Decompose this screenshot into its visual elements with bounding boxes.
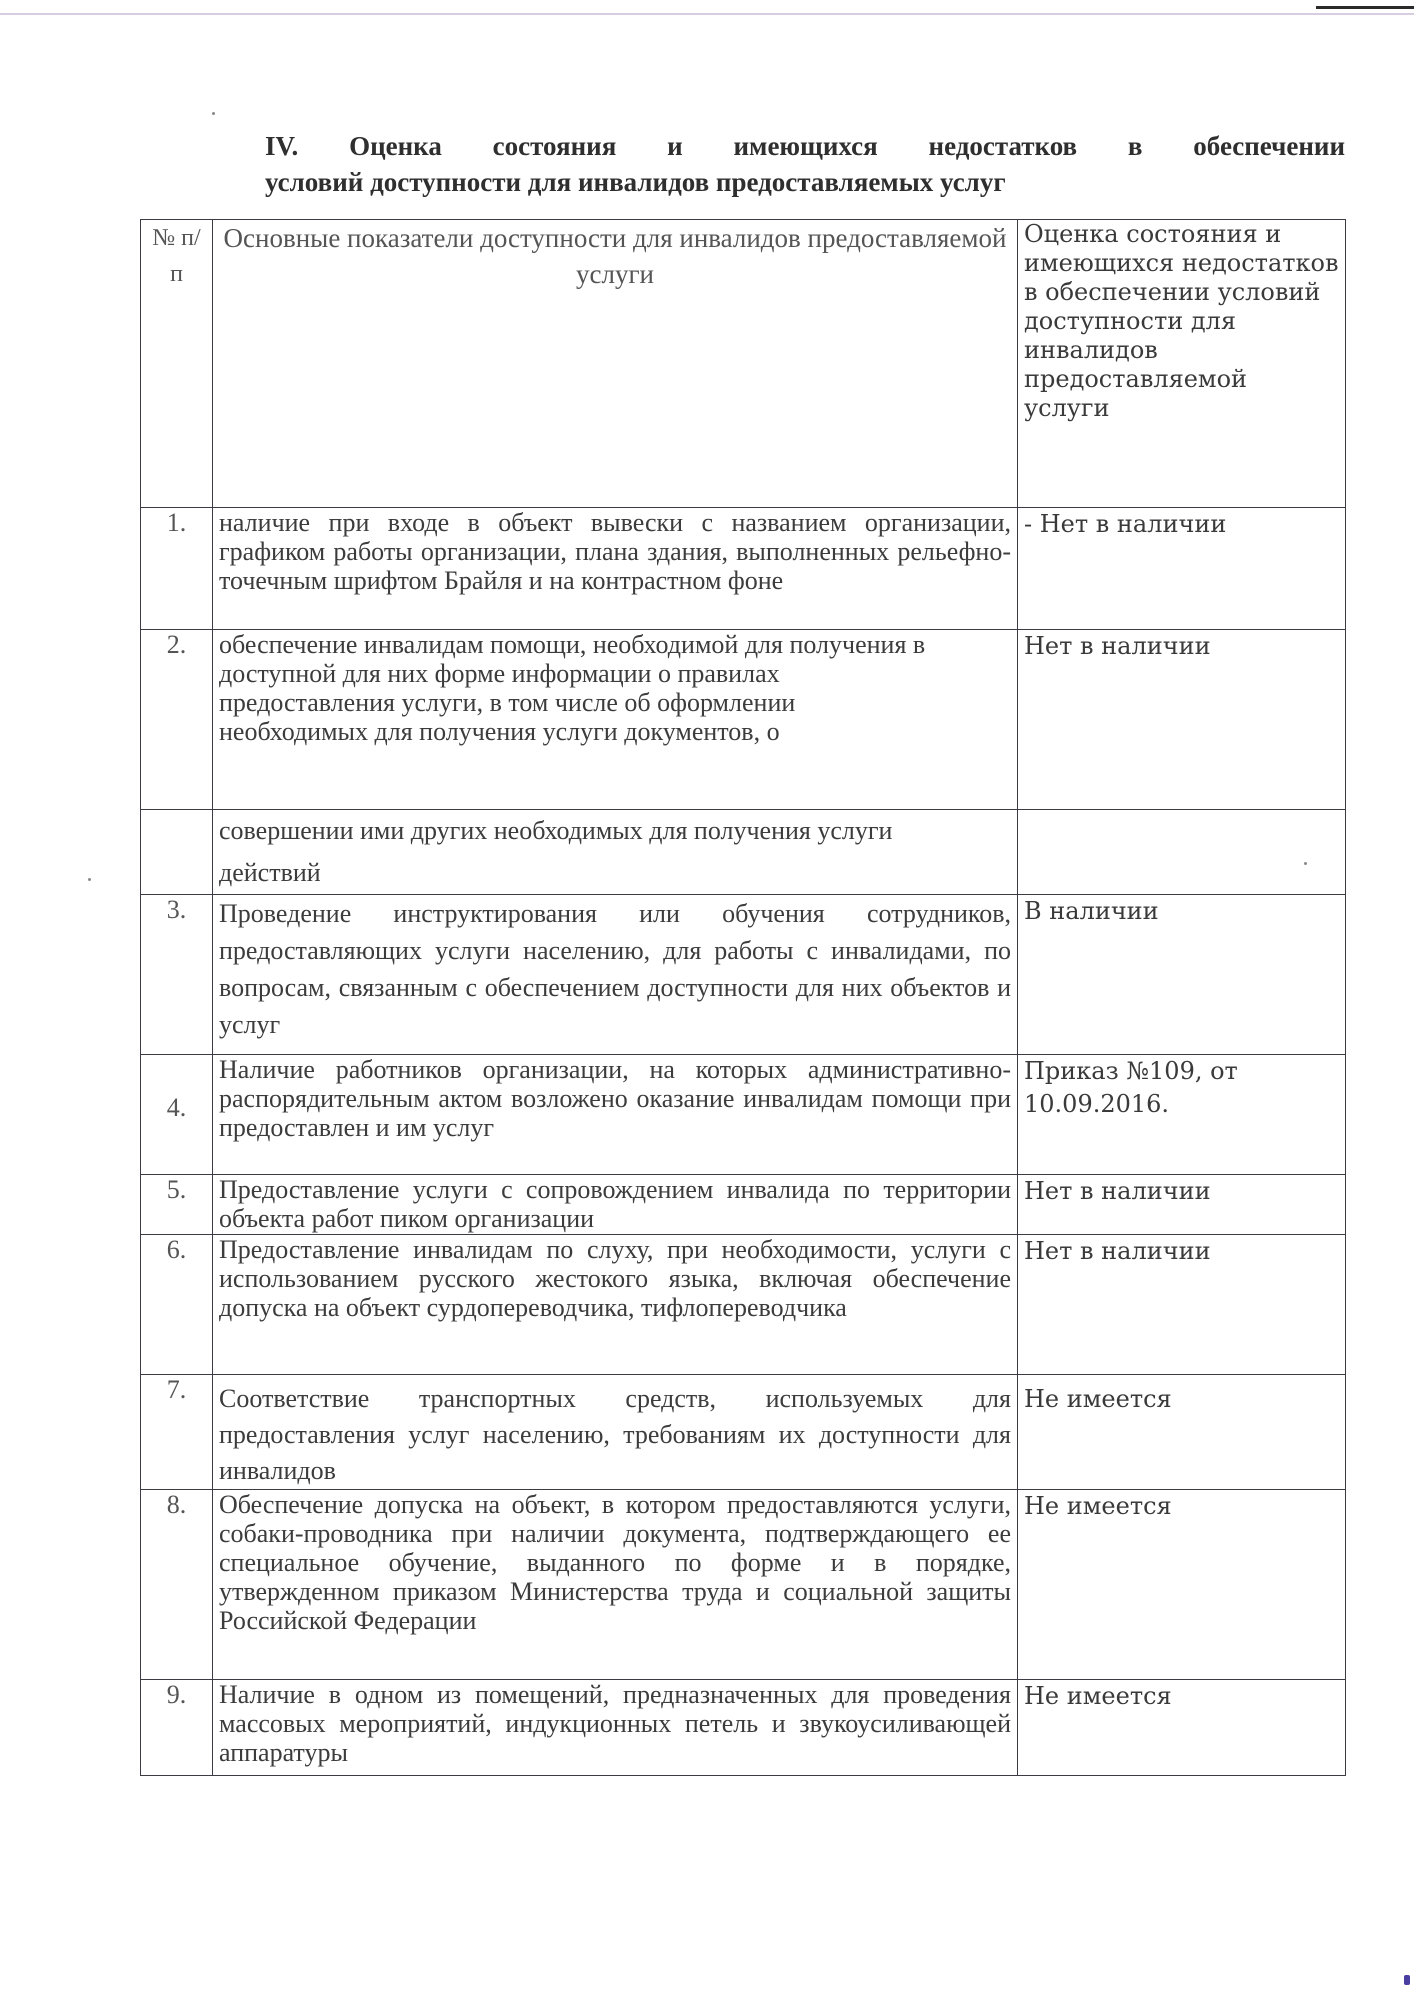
page-title: IV. Оценка состояния и имеющихся недоста…	[265, 128, 1345, 200]
row-assessment: В наличии	[1018, 895, 1346, 1055]
row-indicator: наличие при входе в объект вывески с наз…	[213, 508, 1018, 630]
row-assessment: Нет в наличии	[1018, 1175, 1346, 1235]
row-indicator: Предоставление инвалидам по слуху, при н…	[213, 1235, 1018, 1375]
row-number: 5.	[141, 1175, 213, 1235]
row-indicator: Наличие работников организации, на котор…	[213, 1055, 1018, 1175]
table-row: 3. Проведение инструктирования или обуче…	[141, 895, 1346, 1055]
row-assessment: Не имеется	[1018, 1490, 1346, 1680]
table-row: 8. Обеспечение допуска на объект, в кото…	[141, 1490, 1346, 1680]
table-row: совершении ими других необходимых для по…	[141, 810, 1346, 895]
scan-edge-line	[0, 13, 1414, 15]
row-indicator: Обеспечение допуска на объект, в котором…	[213, 1490, 1018, 1680]
table-row: 5. Предоставление услуги с сопровождение…	[141, 1175, 1346, 1235]
row-assessment: Нет в наличии	[1018, 630, 1346, 810]
scan-corner-mark	[1404, 1975, 1410, 1985]
scan-edge-mark	[1316, 6, 1414, 9]
row-number: 1.	[141, 508, 213, 630]
row-number: 4.	[141, 1055, 213, 1175]
table-row: 1. наличие при входе в объект вывески с …	[141, 508, 1346, 630]
table-row: 4. Наличие работников организации, на ко…	[141, 1055, 1346, 1175]
row-assessment: Приказ №109, от 10.09.2016.	[1018, 1055, 1346, 1175]
row-assessment: Не имеется	[1018, 1680, 1346, 1776]
row-number: 6.	[141, 1235, 213, 1375]
table-row: 2. обеспечение инвалидам помощи, необход…	[141, 630, 1346, 810]
row-indicator: Проведение инструктирования или обучения…	[213, 895, 1018, 1055]
row-number: 8.	[141, 1490, 213, 1680]
row-assessment: - Нет в наличии	[1018, 508, 1346, 630]
row-number: 2.	[141, 630, 213, 810]
table-row: 7. Соответствие транспортных средств, ис…	[141, 1375, 1346, 1490]
table-row: 9. Наличие в одном из помещений, предназ…	[141, 1680, 1346, 1776]
row-indicator: Предоставление услуги с сопровождением и…	[213, 1175, 1018, 1235]
row-indicator: совершении ими других необходимых для по…	[213, 810, 1018, 895]
row-indicator: Соответствие транспортных средств, испол…	[213, 1375, 1018, 1490]
row-assessment: Нет в наличии	[1018, 1235, 1346, 1375]
row-indicator: Наличие в одном из помещений, предназнач…	[213, 1680, 1018, 1776]
table-header-row: № п/п Основные показатели доступности дл…	[141, 220, 1346, 508]
page-title-line-2: условий доступности для инвалидов предос…	[265, 164, 1345, 200]
accessibility-assessment-table: № п/п Основные показатели доступности дл…	[140, 219, 1346, 1776]
header-assessment: Оценка состояния и имеющихся недостатков…	[1018, 220, 1346, 508]
scan-speck	[88, 878, 91, 881]
row-number: 7.	[141, 1375, 213, 1490]
page-title-line-1: IV. Оценка состояния и имеющихся недоста…	[265, 128, 1345, 164]
row-indicator: обеспечение инвалидам помощи, необходимо…	[213, 630, 1018, 810]
row-number: 9.	[141, 1680, 213, 1776]
row-number: 3.	[141, 895, 213, 1055]
row-number	[141, 810, 213, 895]
table-row: 6. Предоставление инвалидам по слуху, пр…	[141, 1235, 1346, 1375]
header-number: № п/п	[141, 220, 213, 508]
row-assessment	[1018, 810, 1346, 895]
scan-speck	[212, 112, 215, 115]
header-indicator: Основные показатели доступности для инва…	[213, 220, 1018, 508]
row-assessment: Не имеется	[1018, 1375, 1346, 1490]
